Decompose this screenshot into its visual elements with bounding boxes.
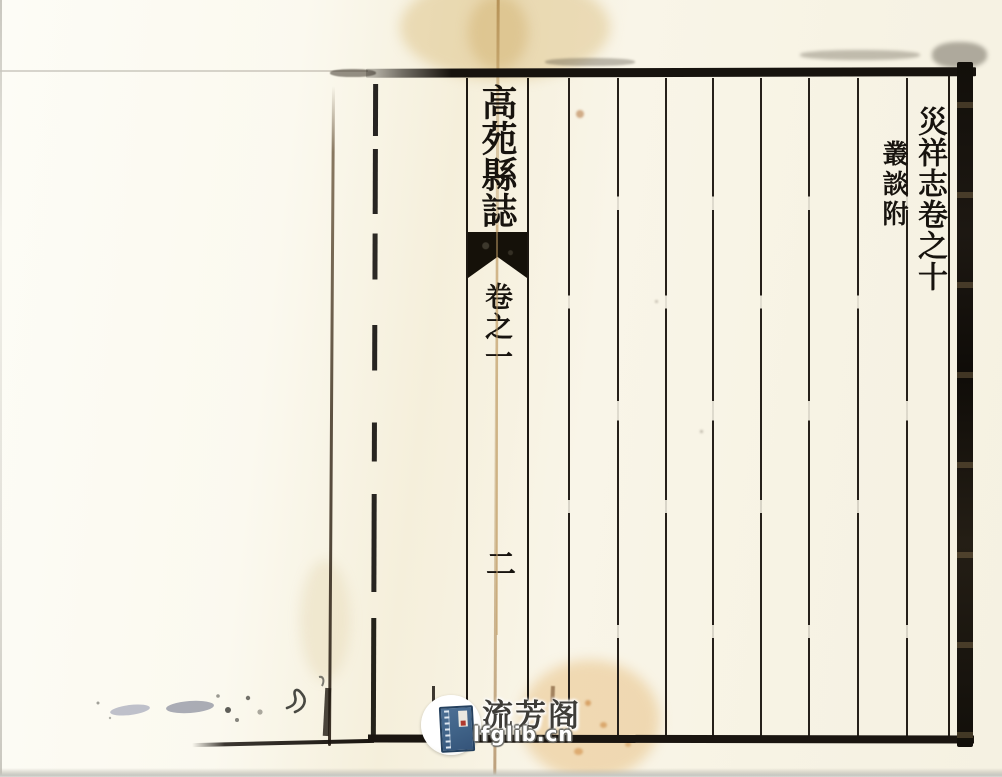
book-stitch-detail bbox=[444, 710, 451, 748]
verso-top-rule-faint bbox=[0, 70, 368, 72]
chapter-subtitle: 叢談附 bbox=[874, 140, 914, 230]
watermark-badge bbox=[421, 695, 481, 755]
paper-speck bbox=[655, 300, 658, 303]
column-rule-line bbox=[857, 78, 859, 737]
book-title-vertical: 高苑縣誌 bbox=[468, 84, 526, 228]
ink-blotch bbox=[800, 50, 920, 60]
column-rule-line bbox=[808, 78, 810, 737]
paper-speck bbox=[576, 110, 584, 118]
page-frame-right-border bbox=[957, 62, 973, 747]
left-fold-crease-line bbox=[328, 86, 335, 746]
column-rule-line bbox=[760, 78, 762, 737]
column-rule-line bbox=[617, 78, 619, 737]
scan-left-edge bbox=[0, 0, 2, 777]
ink-smudges bbox=[90, 648, 330, 743]
book-scan-page: 高苑縣誌 卷之一 二 災祥志卷之十 叢談附 流芳阁 lfglib.cn bbox=[0, 0, 1002, 777]
site-watermark: 流芳阁 lfglib.cn bbox=[415, 688, 615, 758]
column-rule-line bbox=[712, 78, 714, 737]
ink-blotch bbox=[545, 58, 635, 66]
column-rule-line bbox=[568, 78, 570, 737]
scan-bottom-edge bbox=[0, 768, 1002, 777]
thread-bound-book-icon bbox=[439, 705, 475, 753]
book-seal-detail bbox=[461, 721, 466, 726]
chapter-title: 災祥志卷之十 bbox=[910, 106, 950, 292]
watermark-site-url: lfglib.cn bbox=[473, 722, 574, 746]
center-fold-crease-line bbox=[496, 225, 498, 635]
center-fold-right-rule bbox=[527, 78, 529, 737]
column-rule-line bbox=[665, 78, 667, 737]
verso-frame-edge-broken-rule bbox=[371, 84, 378, 735]
paper-speck bbox=[700, 430, 703, 433]
book-title-label-detail bbox=[458, 710, 468, 726]
page-frame-top-border bbox=[366, 67, 976, 78]
